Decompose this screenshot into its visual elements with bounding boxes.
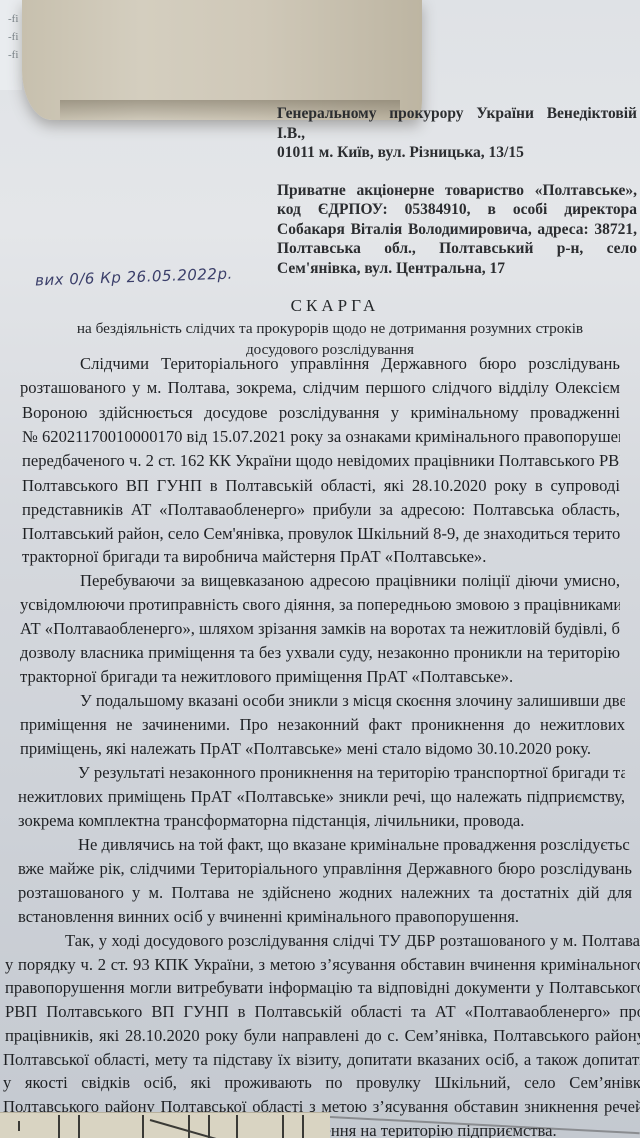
margin-marks: -fi -fi -fi bbox=[8, 10, 18, 64]
body-line: приміщень, які належать ПрАТ «Полтавське… bbox=[20, 739, 625, 759]
body-line: Полтавського ВП ГУНП в Полтавській облас… bbox=[22, 476, 620, 496]
document-title: СКАРГА bbox=[0, 296, 640, 316]
body-line: зокрема комплектна трансформаторна підст… bbox=[18, 811, 620, 831]
body-line: усвідомлюючи протиправність свого діяння… bbox=[20, 595, 620, 615]
recipient-line: І.В., bbox=[277, 124, 637, 144]
body-line: тракторної бригади та нежитлового приміщ… bbox=[20, 667, 620, 687]
recipient-address: 01011 м. Київ, вул. Різницька, 13/15 bbox=[277, 143, 637, 163]
paragraph-first-line: Перебуваючи за вищевказаною адресою прац… bbox=[80, 571, 620, 591]
paragraph-first-line: У подальшому вказані особи зникли з місц… bbox=[80, 691, 625, 711]
body-line: розташованого у м. Полтава, зокрема, слі… bbox=[20, 378, 620, 398]
sender-line: Собакаря Віталія Володимировича, адреса:… bbox=[277, 220, 637, 240]
sender-line: код ЄДРПОУ: 05384910, в особі директора bbox=[277, 200, 637, 220]
body-line: дозволу власника приміщення та без ухвал… bbox=[20, 643, 620, 663]
body-line: передбаченого ч. 2 ст. 162 КК України що… bbox=[22, 451, 620, 471]
margin-mark: -fi bbox=[8, 46, 18, 64]
body-line: у якості свідків осіб, які проживають по… bbox=[3, 1073, 640, 1093]
margin-mark: -fi bbox=[8, 10, 18, 28]
recipient-line: Генеральному прокурору України Венедікто… bbox=[277, 104, 637, 124]
body-line: Полтавський район, село Сем'янівка, пров… bbox=[22, 524, 620, 544]
body-line: АТ «Полтаваобленерго», шляхом зрізання з… bbox=[20, 619, 620, 639]
handwritten-note: вих 0/6 Кр 26.05.2022р. bbox=[35, 265, 233, 290]
sender: Приватне акціонерне товариство «Полтавсь… bbox=[277, 181, 637, 279]
underlying-paper bbox=[0, 1112, 330, 1138]
body-line: тракторної бригади та виробнича майстерн… bbox=[22, 547, 620, 567]
sender-line: Сем'янівка, вул. Центральна, 17 bbox=[277, 259, 637, 279]
body-line: нежитлових приміщень ПрАТ «Полтавське» з… bbox=[18, 787, 625, 807]
body-line: № 62021170010000170 від 15.07.2021 року … bbox=[22, 427, 620, 447]
sender-line: Полтавська обл., Полтавський р-н, село bbox=[277, 239, 637, 259]
sender-line: Приватне акціонерне товариство «Полтавсь… bbox=[277, 181, 637, 201]
body-line: Вороною здійснюється досудове розслідува… bbox=[22, 403, 620, 423]
paragraph-first-line: Не дивлячись на той факт, що вказане кри… bbox=[78, 835, 630, 855]
paragraph-first-line: У результаті незаконного проникнення на … bbox=[78, 763, 625, 783]
body-line: представників АТ «Полтаваобленерго» приб… bbox=[22, 500, 620, 520]
body-line: працівників, які 28.10.2020 року були на… bbox=[5, 1026, 640, 1046]
body-line: вже майже рік, слідчими Територіального … bbox=[18, 859, 632, 879]
document-photo: -fi -fi -fi Генеральному прокурору Украї… bbox=[0, 0, 640, 1138]
subtitle-line: на бездіяльність слідчих та прокурорів щ… bbox=[20, 318, 640, 339]
addressee-block: Генеральному прокурору України Венедікто… bbox=[277, 104, 637, 296]
body-line: приміщення не зачиненими. Про незаконний… bbox=[20, 715, 625, 735]
paper-edge: -fi -fi -fi bbox=[0, 0, 22, 90]
paragraph-first-line: Слідчими Територіального управління Держ… bbox=[80, 354, 620, 374]
body-line: встановлення винних осіб у вчиненні крим… bbox=[18, 907, 632, 927]
body-line: правопорушення могли витребувати інформа… bbox=[5, 978, 640, 998]
body-line: у порядку ч. 2 ст. 93 КПК України, з мет… bbox=[5, 955, 640, 975]
paragraph-first-line: Так, у ході досудового розслідування слі… bbox=[65, 931, 640, 951]
body-line: РВП Полтавського ВП ГУНП в Полтавській о… bbox=[5, 1002, 640, 1022]
body-line: розташованого у м. Полтава не здійснено … bbox=[18, 883, 632, 903]
body-line: Полтавської області, мету та підставу їх… bbox=[3, 1050, 640, 1070]
margin-mark: -fi bbox=[8, 28, 18, 46]
recipient: Генеральному прокурору України Венедікто… bbox=[277, 104, 637, 163]
